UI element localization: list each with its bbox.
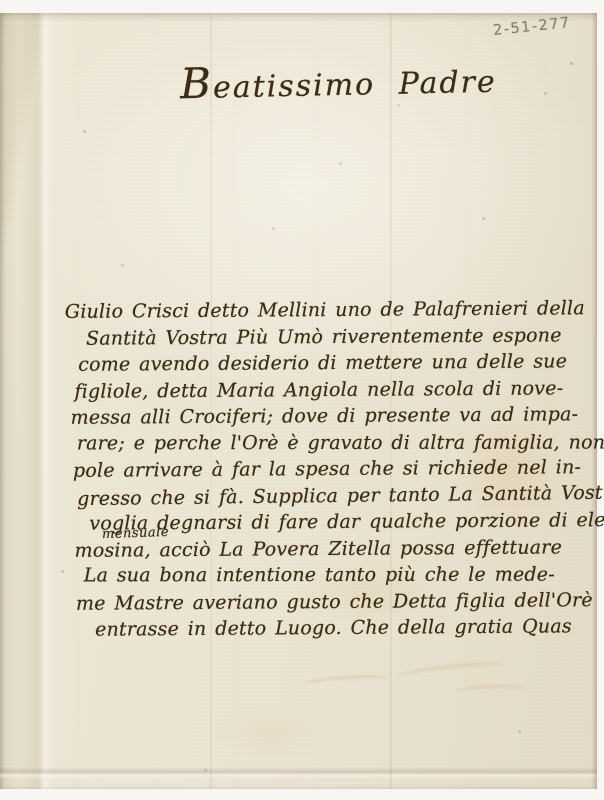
manuscript-line: me Mastre averiano gusto che Detta figli… [76,587,597,617]
bottom-fold-crease [0,767,597,779]
manuscript-line: La sua bona intentione tanto più che le … [84,561,597,588]
manuscript-line: rare; e perche l'Orè è gravato di altra … [77,429,596,456]
letter-heading: Beatissimo Padre [180,53,498,109]
manuscript-line: Santità Vostra Più Umò riverentemente es… [86,322,595,352]
manuscript-line: entrasse in detto Luogo. Che della grati… [95,613,597,643]
left-fold-shadow [0,13,54,789]
foxing-specks [0,13,1,14]
letter-body: Giulio Crisci detto Mellini uno de Palaf… [63,295,597,643]
manuscript-line: come avendo desiderio di mettere una del… [78,348,595,378]
scanned-manuscript: 2-51-277 Beatissimo Padre Giulio Crisci … [0,0,604,800]
manuscript-line: messa alli Crociferi; dove di presente v… [71,401,596,431]
manuscript-line: Giulio Crisci detto Mellini uno de Palaf… [65,295,595,325]
manuscript-line: gresso che si fà. Supplica per tanto La … [77,479,596,512]
manuscript-line: figliole, detta Maria Angiola nella scol… [74,375,595,405]
interlinear-insertion: mensuale [102,525,170,542]
